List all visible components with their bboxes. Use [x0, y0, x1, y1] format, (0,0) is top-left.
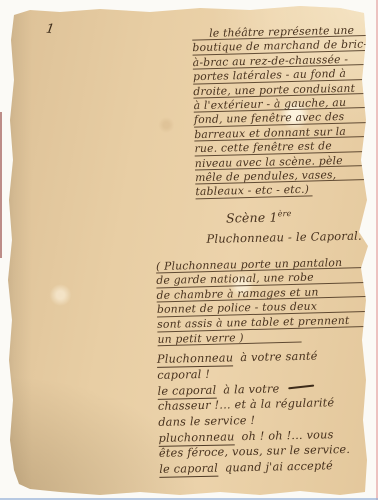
- manuscript-scan: 1 le théâtre représente une boutique de …: [0, 0, 378, 500]
- dialogue-block: Pluchonneauà votre santé caporal ! le ca…: [157, 348, 378, 478]
- manuscript-line: tableaux - etc - etc.): [195, 182, 373, 200]
- dialogue-text: oh ! oh !... vous: [241, 428, 333, 443]
- dialogue-text: à votre santé: [240, 350, 318, 365]
- dialogue-text: dans le service !: [158, 414, 255, 429]
- dialogue-text: à la votre: [223, 382, 279, 396]
- struck-out-word: [288, 384, 314, 389]
- handwritten-text: le théâtre représente une boutique de ma…: [150, 23, 378, 477]
- dialogue-text: caporal !: [157, 368, 210, 382]
- dialogue-text: chasseur !... et à la régularité: [158, 397, 335, 414]
- characters-line: Pluchonneau - le Caporal.: [206, 228, 374, 248]
- scene-heading-text: Scène 1: [226, 209, 278, 225]
- manuscript-line: un petit verre ): [157, 328, 375, 347]
- page-number: 1: [45, 21, 55, 37]
- opening-stage-direction: le théâtre représente une boutique de ma…: [192, 23, 374, 199]
- dialogue-line: le caporalquand j'ai accepté: [159, 457, 378, 477]
- scan-edge-artifact-left: [0, 112, 2, 258]
- costume-stage-direction: ( Pluchonneau porte un pantalon de garde…: [156, 255, 376, 347]
- paper-sheet: 1 le théâtre représente une boutique de …: [0, 0, 378, 500]
- scene-heading: Scène 1ère: [226, 207, 374, 227]
- scene-heading-ordinal: ère: [278, 209, 292, 218]
- speaker-name: le caporal: [159, 462, 218, 478]
- speaker-name: le caporal: [157, 383, 216, 399]
- speaker-name: Pluchonneau: [157, 352, 234, 369]
- dialogue-text: quand j'ai accepté: [225, 459, 333, 474]
